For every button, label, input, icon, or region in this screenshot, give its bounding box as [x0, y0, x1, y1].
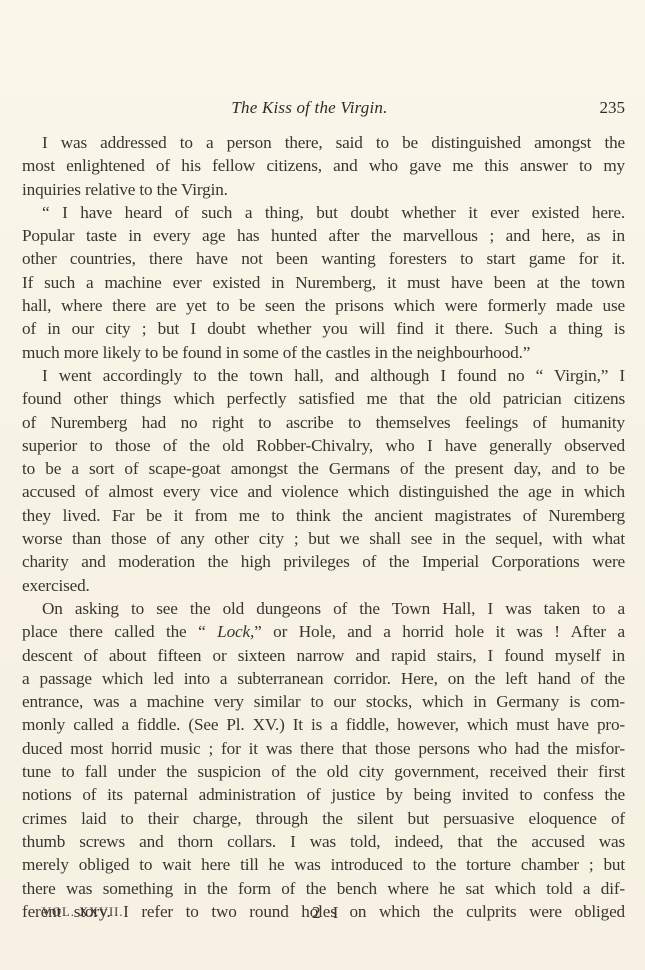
text-line: of Nuremberg had no right to ascribe to …: [22, 411, 625, 434]
text-line: If such a machine ever existed in Nuremb…: [22, 271, 625, 294]
text-line: On asking to see the old dungeons of the…: [22, 597, 625, 620]
body-text: I was addressed to a person there, said …: [22, 131, 625, 923]
text-line: duced most horrid music ; for it was the…: [22, 737, 625, 760]
book-page: The Kiss of the Virgin. 235 I was addres…: [0, 0, 645, 970]
text-line: a passage which led into a subterranean …: [22, 667, 625, 690]
text-line: I went accordingly to the town hall, and…: [22, 364, 625, 387]
text-line: most enlightened of his fellow citizens,…: [22, 154, 625, 177]
text-line: superior to those of the old Robber-Chiv…: [22, 434, 625, 457]
text-line: monly called a fiddle. (See Pl. XV.) It …: [22, 713, 625, 736]
text-fragment: ” or Hole, and a horrid hole it was ! Af…: [254, 622, 625, 641]
text-line: found other things which perfectly satis…: [22, 387, 625, 410]
text-line: merely obliged to wait here till he was …: [22, 853, 625, 876]
text-line: other countries, there have not been wan…: [22, 247, 625, 270]
text-line: place there called the “ Lock,” or Hole,…: [22, 620, 625, 643]
text-line: entrance, was a machine very similar to …: [22, 690, 625, 713]
text-line: there was something in the form of the b…: [22, 877, 625, 900]
printer-signature: 2 I: [312, 903, 342, 923]
page-footer: VOL. XXVII. 2 I: [42, 905, 602, 925]
text-line: Popular taste in every age has hunted af…: [22, 224, 625, 247]
text-line: crimes laid to their charge, through the…: [22, 807, 625, 830]
text-line: accused of almost every vice and violenc…: [22, 480, 625, 503]
text-line: hall, where there are yet to be seen the…: [22, 294, 625, 317]
text-line: descent of about fifteen or sixteen narr…: [22, 644, 625, 667]
running-title: The Kiss of the Virgin.: [22, 98, 625, 118]
text-fragment: place there called the “: [22, 622, 217, 641]
text-line: tune to fall under the suspicion of the …: [22, 760, 625, 783]
text-line: they lived. Far be it from me to think t…: [22, 504, 625, 527]
text-line: much more likely to be found in some of …: [22, 341, 625, 364]
text-line: worse than those of any other city ; but…: [22, 527, 625, 550]
text-line: thumb screws and thorn collars. I was to…: [22, 830, 625, 853]
volume-label: VOL. XXVII.: [42, 905, 123, 920]
text-line: charity and moderation the high privileg…: [22, 550, 625, 573]
text-line: of in our city ; but I doubt whether you…: [22, 317, 625, 340]
text-line: notions of its paternal administration o…: [22, 783, 625, 806]
italic-term-lock: Lock,: [217, 622, 254, 641]
running-head: The Kiss of the Virgin. 235: [22, 96, 625, 120]
text-line: “ I have heard of such a thing, but doub…: [22, 201, 625, 224]
text-line: I was addressed to a person there, said …: [22, 131, 625, 154]
text-line: exercised.: [22, 574, 625, 597]
text-line: inquiries relative to the Virgin.: [22, 178, 625, 201]
page-number: 235: [600, 98, 626, 118]
text-line: to be a sort of scape-goat amongst the G…: [22, 457, 625, 480]
